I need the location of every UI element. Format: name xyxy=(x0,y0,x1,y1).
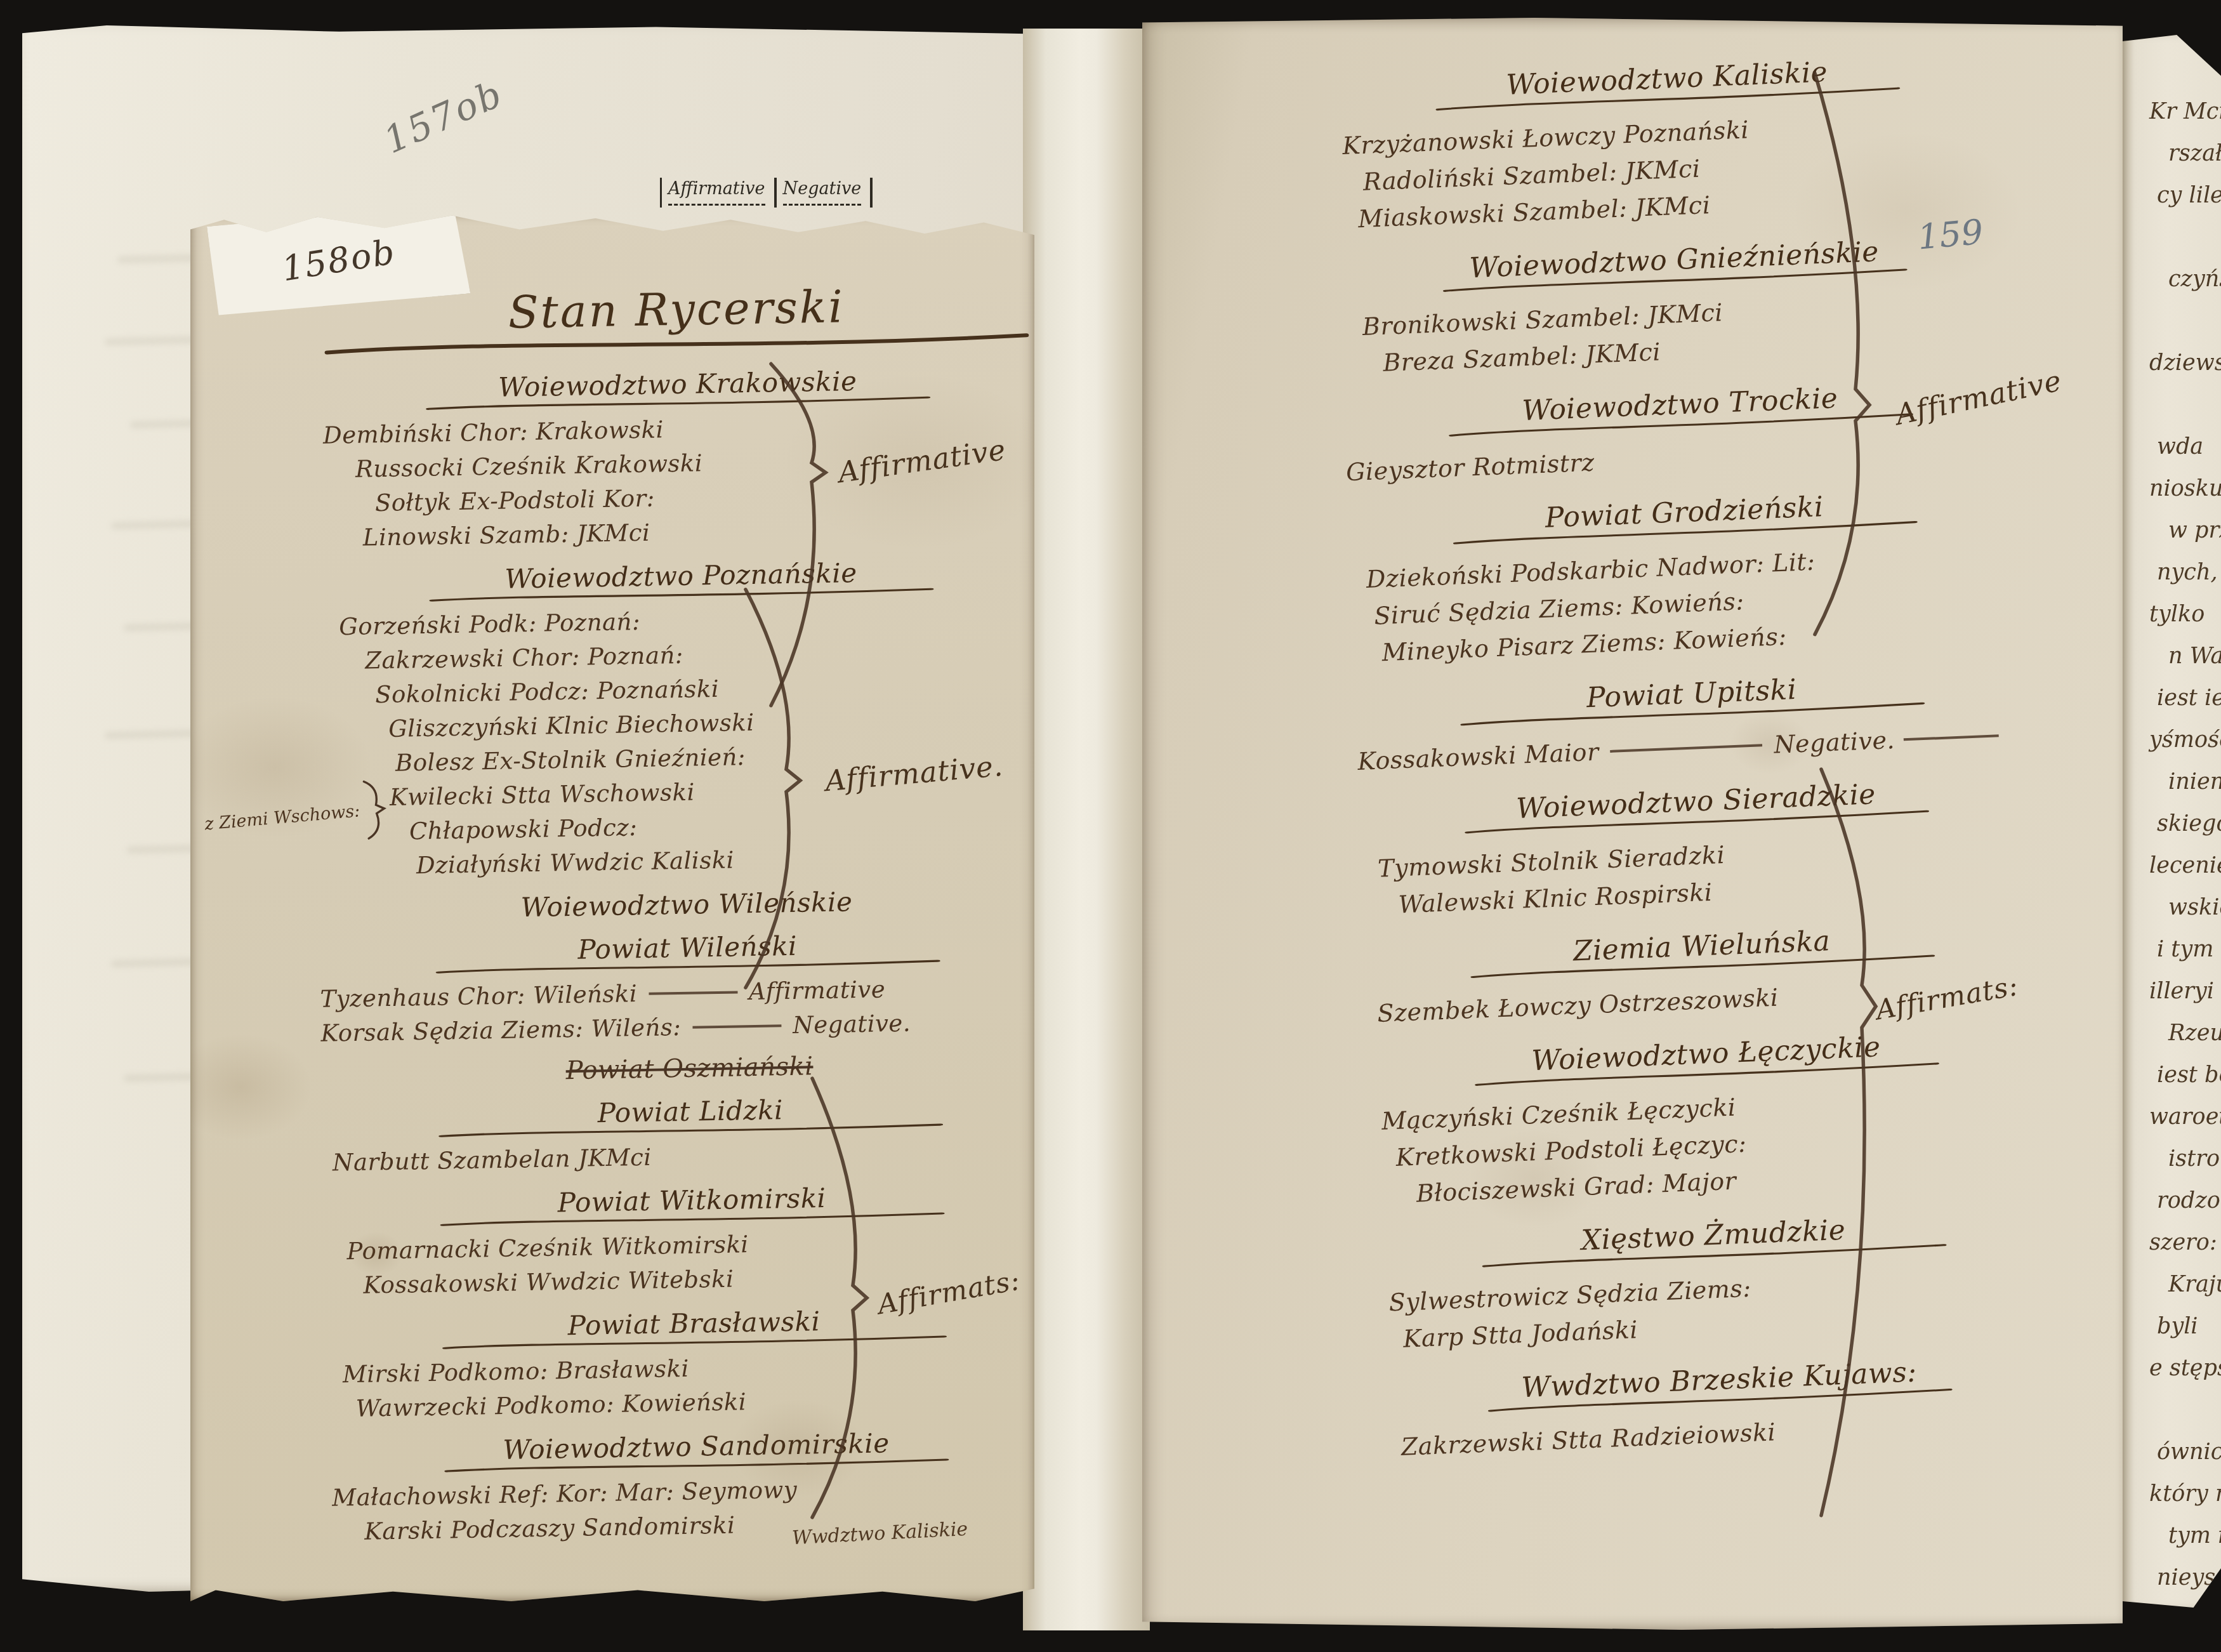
manuscript-line: Powiat Brasławski xyxy=(291,1300,1097,1354)
line-text: Szembek Łowczy Ostrzeszowski xyxy=(1377,984,1779,1028)
text-fragment: Kraju, xyxy=(2168,1264,2221,1305)
vote-dash xyxy=(1611,744,1763,753)
text-fragment: tylko xyxy=(2149,593,2221,635)
manuscript-line: Powiat Witkomirski xyxy=(289,1177,1095,1231)
manuscript-photo: 157ob Affirmative Negative 159 Woiewodzt… xyxy=(0,0,2221,1652)
line-text: Chłapowski Podcz: xyxy=(409,814,638,845)
text-fragment: iest ie: xyxy=(2157,677,2221,719)
text-fragment: szero: xyxy=(2149,1222,2221,1264)
line-text: Małachowski Ref: Kor: Mar: Seymowy xyxy=(332,1476,798,1512)
pasted-list-sheet: 158ob Stan Rycerski Woiewodztwo Krakowsk… xyxy=(190,211,1034,1601)
text-fragment: yśmości, xyxy=(2149,719,2221,761)
line-text: Linowski Szamb: JKMci xyxy=(363,519,650,552)
manuscript-line: Powiat Lidzki xyxy=(287,1088,1093,1142)
right-page-entries: Woiewodztwo Kaliskie Krzyżanowski Łowczy… xyxy=(1295,29,2093,1467)
line-text: Kossakowski Wwdzic Witebski xyxy=(363,1265,734,1299)
line-text: Narbutt Szambelan JKMci xyxy=(333,1144,652,1177)
line-text: Breza Szambel: JKMci xyxy=(1382,338,1661,377)
text-fragment: wda xyxy=(2157,426,2221,468)
text-fragment: istrow xyxy=(2168,1138,2221,1180)
line-text: Powiat Lidzki xyxy=(597,1094,783,1128)
vote-label: Negative. xyxy=(1773,722,1895,763)
vote-dash-trailing xyxy=(1904,734,1999,741)
text-fragment: iest bo= xyxy=(2157,1054,2221,1096)
line-text: Bolesz Ex-Stolnik Gnieźnień: xyxy=(395,743,746,777)
manuscript-line: Woiewodztwo Krakowskie xyxy=(274,361,1081,414)
line-text: Korsak Sędzia Ziems: Wileńs: xyxy=(320,1010,682,1051)
line-text: Gorzeński Podk: Poznań: xyxy=(339,608,640,640)
line-text: Kossakowski Maior xyxy=(1357,734,1599,780)
folio-number-pencil: 157ob xyxy=(378,72,510,162)
line-text: Dembiński Chor: Krakowski xyxy=(323,416,664,449)
text-fragment: wskiego xyxy=(2168,887,2221,928)
text-fragment: byli xyxy=(2157,1305,2221,1347)
text-fragment: illeryi xyxy=(2149,970,2221,1012)
text-fragment: rszałek xyxy=(2168,133,2221,175)
ink-brace xyxy=(1809,70,1872,638)
line-text: Powiat Upitski xyxy=(1586,673,1797,714)
folio-number-slip: 158ob xyxy=(279,231,399,288)
line-text: Gieysztor Rotmistrz xyxy=(1345,449,1595,487)
text-fragment xyxy=(2157,300,2221,342)
text-fragment: dziewski xyxy=(2149,342,2221,384)
line-text: Sołtyk Ex-Podstoli Kor: xyxy=(375,485,655,517)
text-fragment: Rzeun: xyxy=(2168,1012,2221,1054)
text-fragment: ównicki xyxy=(2157,1431,2221,1473)
line-text: Wawrzecki Podkomo: Kowieński xyxy=(355,1388,746,1422)
line-text: Zakrzewski Chor: Poznań: xyxy=(365,642,683,675)
manuscript-line: Powiat Oszmiański xyxy=(286,1045,1093,1092)
line-text: Gliszczyński Klnic Biechowski xyxy=(388,709,755,743)
text-fragment: cy lile xyxy=(2157,175,2221,216)
line-text: Kwilecki Stta Wschowski xyxy=(390,779,695,811)
text-fragment: niosku xyxy=(2149,468,2221,510)
tab-col-negative: Negative xyxy=(777,178,873,208)
line-text: Pomarnacki Cześnik Witkomirski xyxy=(346,1231,749,1265)
text-fragment: nych, xyxy=(2157,552,2221,593)
text-fragment: i tym xyxy=(2157,928,2221,970)
text-fragment: n Waw: xyxy=(2168,635,2221,677)
book-gutter xyxy=(1023,29,1150,1630)
line-text: Karski Podczaszy Sandomirski xyxy=(364,1512,735,1545)
ink-brace xyxy=(739,587,803,990)
text-fragment: tym ist= xyxy=(2168,1515,2221,1557)
line-text: Karp Stta Jodański xyxy=(1402,1316,1638,1353)
line-text: Działyński Wwdzic Kaliski xyxy=(416,846,735,879)
text-fragment: Kr Mci xyxy=(2149,91,2221,133)
text-fragment xyxy=(2168,384,2221,426)
ink-brace xyxy=(806,1076,869,1520)
manuscript-line: Woiewodztwo Sandomirskie xyxy=(293,1424,1100,1477)
manuscript-line: Woiewodztwo Wileńskie xyxy=(284,882,1090,928)
text-fragment: waroeta: xyxy=(2149,1096,2221,1138)
text-fragment: lecenie xyxy=(2149,845,2221,887)
vote-dash xyxy=(649,991,737,995)
text-fragment: czyński xyxy=(2168,258,2221,300)
text-fragment: który mam xyxy=(2149,1473,2221,1515)
line-text: Sokolnicki Podcz: Poznański xyxy=(375,675,720,708)
line-text: Powiat Oszmiański xyxy=(565,1052,814,1085)
line-text: Tyzenhaus Chor: Wileński xyxy=(320,977,637,1017)
line-text: Russocki Cześnik Krakowski xyxy=(355,449,703,483)
text-fragment: e stępstw xyxy=(2149,1347,2221,1389)
line-text: Mirski Podkomo: Brasławski xyxy=(343,1355,690,1389)
manuscript-line: Powiat Wileński xyxy=(284,925,1091,978)
manuscript-line: Narbutt Szambelan JKMci xyxy=(298,1133,1095,1181)
line-text: Powiat Witkomirski xyxy=(557,1182,826,1218)
tab-col-affirmative: Affirmative xyxy=(660,178,777,208)
line-text: Powiat Brasławski xyxy=(567,1305,820,1341)
text-fragment: rodzone xyxy=(2157,1180,2221,1222)
text-fragment: w przez xyxy=(2168,510,2221,552)
manuscript-line: Woiewodztwo Poznańskie xyxy=(278,553,1084,606)
text-fragment xyxy=(2168,1389,2221,1431)
line-text: Walewski Klnic Rospirski xyxy=(1398,878,1713,919)
vote-label: Negative. xyxy=(793,1007,911,1043)
ink-brace xyxy=(1815,765,1878,1520)
line-text: Błociszewski Grad: Major xyxy=(1416,1167,1737,1208)
printed-vote-tab: Affirmative Negative xyxy=(660,178,873,208)
text-fragment: nieyszy xyxy=(2157,1557,2221,1599)
entry-list: Woiewodztwo Krakowskie Dembiński Chor: K… xyxy=(274,361,1100,1550)
text-fragment: skiego, xyxy=(2157,803,2221,845)
text-fragment: inienem xyxy=(2168,761,2221,803)
page-title: Stan Rycerski xyxy=(273,274,1080,359)
next-leaf-fragments: Kr Mcirszałekcy lileczyńskidziewskiwdani… xyxy=(2149,91,2221,1599)
text-fragment xyxy=(2149,216,2221,258)
line-text: Woiewodztwo Wileńskie xyxy=(520,886,852,923)
vote-dash xyxy=(692,1024,781,1028)
next-leaf-edge: Kr Mcirszałekcy lileczyńskidziewskiwdani… xyxy=(2123,35,2221,1608)
